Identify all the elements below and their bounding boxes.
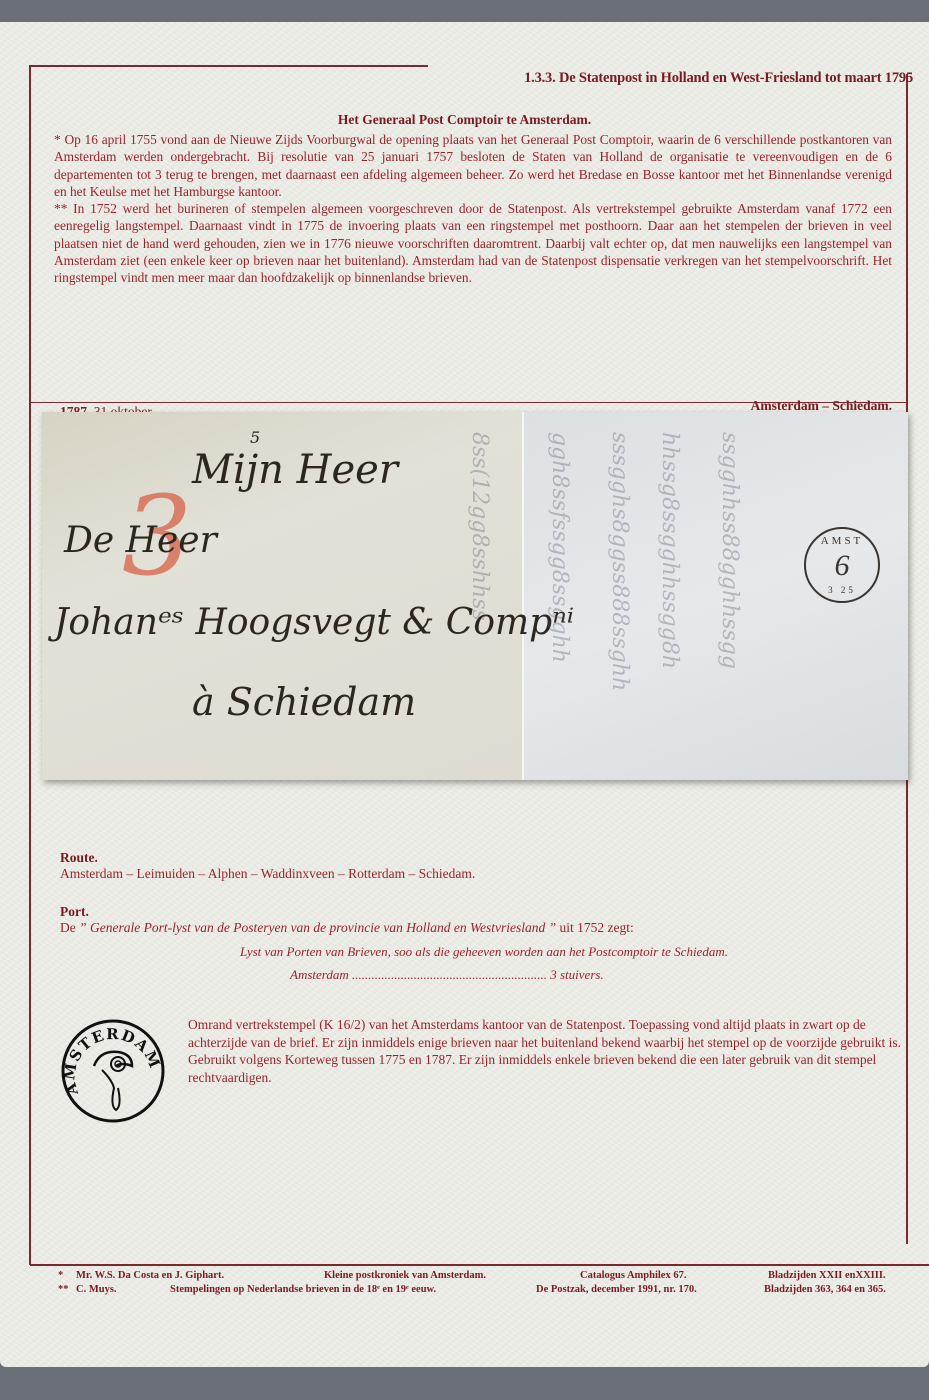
reference-title: Kleine postkroniek van Amsterdam. <box>324 1270 486 1281</box>
route-label: Route. <box>60 850 98 866</box>
port-quote-heading: Lyst van Porten van Brieven, soo als die… <box>240 944 728 960</box>
reference-title: Stempelingen op Nederlandse brieven in d… <box>170 1284 436 1295</box>
reference-pages: Bladzijden 363, 364 en 365. <box>764 1284 886 1295</box>
reference-row: ** C. Muys. Stempelingen op Nederlandse … <box>58 1284 914 1298</box>
port-quote-leader: ........................................… <box>352 967 547 982</box>
show-through-writing: ggh8ssfssgg8ssgghh <box>547 432 572 663</box>
postmark-numeral: 6 <box>806 549 878 583</box>
page-header-title: 1.3.3. De Statenpost in Holland en West-… <box>524 70 913 87</box>
port-quote-place: Amsterdam <box>290 967 349 982</box>
frame-left-line <box>29 65 31 1265</box>
address-line-1: Mijn Heer <box>192 447 398 493</box>
port-label: Port. <box>60 904 89 920</box>
route-stops: Amsterdam – Leimuiden – Alphen – Waddinx… <box>60 866 475 882</box>
intro-text: * Op 16 april 1755 vond aan de Nieuwe Zi… <box>54 131 892 287</box>
show-through-writing: sssgghs8ggss888ssghh <box>607 432 632 691</box>
port-quote-line: Amsterdam ..............................… <box>290 967 604 983</box>
reference-source: De Postzak, december 1991, nr. 170. <box>536 1284 697 1295</box>
address-line-4: à Schiedam <box>192 680 416 724</box>
postmark-date: 3 25 <box>806 585 878 595</box>
port-source-title: ” Generale Port-lyst van de Posteryen va… <box>79 920 556 935</box>
reference-pages: Bladzijden XXII enXXIII. <box>768 1270 886 1281</box>
intro-paragraph-2: ** In 1752 werd het burineren of stempel… <box>54 200 892 286</box>
reference-author: Mr. W.S. Da Costa en J. Giphart. <box>76 1270 224 1281</box>
stamp-description-paragraph-1: Omrand vertrekstempel (K 16/2) van het A… <box>188 1016 910 1051</box>
amsterdam-postmark: AMST 6 3 25 <box>804 527 880 603</box>
port-intro-prefix: De <box>60 920 79 935</box>
reference-row: * Mr. W.S. Da Costa en J. Giphart. Klein… <box>58 1270 914 1284</box>
reference-mark: * <box>58 1270 63 1281</box>
address-line-3: Johanᵉˢ Hoogsvegt & Compⁿⁱ <box>54 602 574 643</box>
frame-bottom-line <box>30 1264 929 1266</box>
frame-top-line <box>30 65 428 67</box>
amsterdam-ring-stamp-icon: AMSTERDAM <box>60 1018 166 1124</box>
letter-fold <box>522 412 524 780</box>
port-intro-suffix: uit 1752 zegt: <box>556 920 634 935</box>
stamp-description-paragraph-2: Gebruikt volgens Korteweg tussen 1775 en… <box>188 1051 910 1086</box>
show-through-writing: ssgghhss88gghhssgg <box>717 432 742 669</box>
intro-paragraph-1: * Op 16 april 1755 vond aan de Nieuwe Zi… <box>54 131 892 200</box>
small-number-mark: 5 <box>250 428 260 447</box>
reference-author: C. Muys. <box>76 1284 117 1295</box>
address-line-2: De Heer <box>64 520 217 561</box>
letter-cover-photo: 3 5 Mijn Heer De Heer Johanᵉˢ Hoogsvegt … <box>42 412 908 780</box>
reference-source: Catalogus Amphilex 67. <box>580 1270 686 1281</box>
reference-mark: ** <box>58 1284 69 1295</box>
postmark-label: AMST <box>806 535 878 547</box>
show-through-writing: hhssg8ssgghhssgg8h <box>657 432 682 669</box>
port-quote-rate: 3 stuivers. <box>550 967 603 982</box>
section-title: Het Generaal Post Comptoir te Amsterdam. <box>0 112 929 128</box>
port-intro: De ” Generale Port-lyst van de Posteryen… <box>60 920 634 936</box>
stamp-description: Omrand vertrekstempel (K 16/2) van het A… <box>188 1016 910 1086</box>
references: * Mr. W.S. Da Costa en J. Giphart. Klein… <box>58 1270 914 1298</box>
show-through-writing: 8ss(12gg8sshhss <box>467 432 492 621</box>
